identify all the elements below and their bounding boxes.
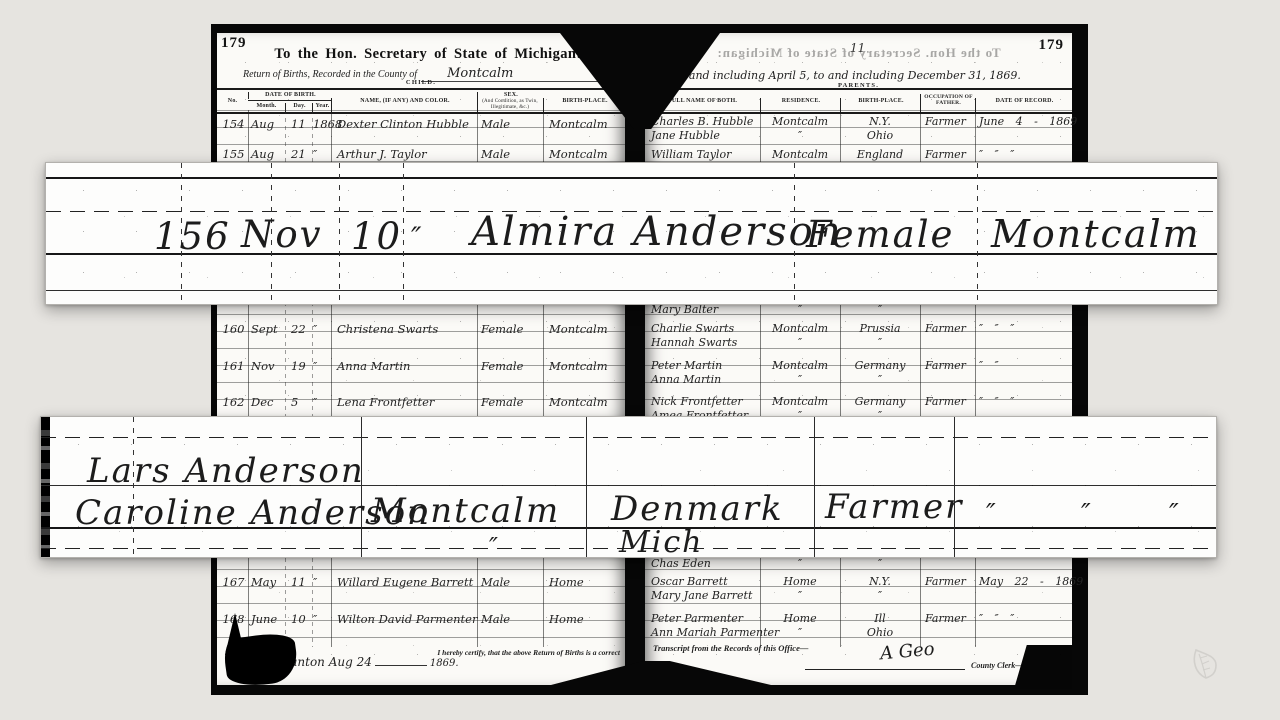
- row-mother: Mary Jane Barrett: [651, 589, 752, 602]
- row-no: 155: [219, 147, 248, 161]
- col-header-sex-note: (And Condition, as Twin, Illegitimate, &…: [477, 99, 543, 111]
- row-month: Sept: [251, 322, 278, 336]
- row-no: 154: [219, 117, 248, 131]
- birth-row-155: 155 Aug 21 ″ Arthur J. Taylor Male Montc…: [217, 147, 625, 163]
- birth-row-160: 160 Sept 22 ″ Christena Swarts Female Mo…: [217, 322, 625, 338]
- row-no: 160: [219, 322, 248, 336]
- birth-row-167: 167 May 11 ″ Willard Eugene Barrett Male…: [217, 575, 625, 591]
- row-sex: Male: [481, 117, 510, 131]
- row-no: 162: [219, 395, 248, 409]
- row-birthplace: Montcalm: [549, 322, 608, 336]
- row-sex: Male: [481, 575, 510, 589]
- row-mother: Anna Martin: [651, 373, 721, 386]
- zoom-row-residence: Montcalm: [371, 491, 560, 531]
- row-residence-ditto: ″: [763, 373, 837, 386]
- zoom-row-birthplace: Montcalm: [991, 212, 1201, 256]
- row-residence: Montcalm: [763, 359, 837, 372]
- zoom-row-residence-ditto: ″: [489, 533, 500, 561]
- clerk-signature: A Geo: [879, 639, 935, 665]
- row-month: June: [251, 612, 277, 626]
- row-father: Peter Parmenter: [651, 612, 743, 625]
- row-name: Lena Frontfetter: [337, 395, 434, 409]
- row-day: 5: [291, 395, 298, 409]
- row-name: Wilton David Parmenter: [337, 612, 477, 626]
- row-day: 10: [291, 612, 306, 626]
- row-residence: Montcalm: [763, 322, 837, 335]
- row-father: Charlie Swarts: [651, 322, 734, 335]
- dated-year: 1869.: [430, 658, 459, 669]
- row-birthplace-father: N.Y.: [843, 115, 917, 128]
- column-divider: [403, 163, 404, 304]
- row-day: 21: [291, 147, 306, 161]
- bleed-through-title: To the Hon. Secretary of State of Michig…: [661, 45, 1056, 61]
- col-header-no: No.: [217, 98, 248, 105]
- birth-row-162: 162 Dec 5 ″ Lena Frontfetter Female Mont…: [217, 395, 625, 411]
- right-page: 179 11 To the Hon. Secretary of State of…: [645, 33, 1072, 685]
- row-name: Christena Swarts: [337, 322, 438, 336]
- row-year: ″: [313, 322, 317, 336]
- row-sex: Female: [481, 395, 523, 409]
- row-sex: Male: [481, 147, 510, 161]
- row-no: 161: [219, 359, 248, 373]
- row-birthplace: Montcalm: [549, 359, 608, 373]
- row-month: Aug: [251, 147, 274, 161]
- zoom-row-father: Lars Anderson: [87, 451, 365, 491]
- zoom-row-month: Nov: [241, 213, 323, 256]
- row-birthplace-mother: ″: [843, 336, 917, 349]
- row-occupation: Farmer: [925, 359, 966, 372]
- zoom-row-occupation: Farmer: [825, 487, 963, 527]
- row-birthplace-mother: Ohio: [843, 129, 917, 142]
- row-day: 22: [291, 322, 306, 336]
- zoom-row-ditto-3: ″: [1169, 499, 1181, 529]
- row-line: [46, 290, 1217, 291]
- record-image-viewer: 179 11 To the Hon. Secretary of State of…: [0, 0, 1280, 720]
- record-book-scan[interactable]: 179 11 To the Hon. Secretary of State of…: [211, 24, 1088, 695]
- row-birthplace-father: Prussia: [843, 322, 917, 335]
- clerk-label: County Clerk—: [971, 661, 1023, 670]
- row-date-of-record: May 22 - 1869: [979, 575, 1083, 588]
- zoom-strip-child-record[interactable]: 156 Nov 10 ″ Almira Anderson Female Mont…: [45, 162, 1218, 305]
- row-residence: Montcalm: [763, 148, 837, 161]
- row-birthplace-mother: Ohio: [843, 626, 917, 639]
- row-birthplace-father: Germany: [843, 395, 917, 408]
- column-divider: [977, 163, 978, 304]
- zoom-row-day: 10: [351, 215, 402, 258]
- parents-row-160: Charlie Swarts Hannah Swarts Montcalm ″ …: [645, 322, 1072, 352]
- row-month: May: [251, 575, 276, 589]
- blank-line: [375, 655, 427, 666]
- row-year: ″: [313, 575, 317, 589]
- zoom-row-ditto-1: ″: [986, 499, 998, 529]
- row-mother: Jane Hubble: [651, 129, 720, 142]
- col-header-date-of-birth: DATE OF BIRTH.: [248, 92, 332, 99]
- zoom-row-sex: Female: [806, 213, 954, 256]
- birth-row-168: 168 June 10 ″ Wilton David Parmenter Mal…: [217, 612, 625, 628]
- birth-row-154: 154 Aug 11 1868 Dexter Clinton Hubble Ma…: [217, 117, 625, 133]
- row-birthplace: Home: [549, 612, 584, 626]
- row-date-of-record: June 4 - 1869: [979, 115, 1077, 128]
- zoom-row-birthplace-2: Mich: [619, 525, 703, 560]
- row-birthplace-father: Ill: [843, 612, 917, 625]
- row-month: Aug: [251, 117, 274, 131]
- row-date-of-record: ″ ″ ″: [979, 322, 1014, 335]
- col-header-occupation-line1: OCCUPATION OF: [924, 94, 972, 100]
- section-label-child: CHILD.: [217, 79, 625, 86]
- row-year: ″: [313, 395, 317, 409]
- parents-row-167: Oscar Barrett Mary Jane Barrett Home ″ N…: [645, 575, 1072, 605]
- leaf-watermark-icon: [1186, 644, 1226, 684]
- row-residence-ditto: ″: [763, 557, 837, 570]
- row-residence: Montcalm: [763, 395, 837, 408]
- ink-blot: [222, 630, 300, 690]
- header-divider: [248, 100, 331, 101]
- row-birthplace: Montcalm: [549, 117, 608, 131]
- row-birthplace-father: N.Y.: [843, 575, 917, 588]
- row-month: Dec: [251, 395, 273, 409]
- row-day: 19: [291, 359, 306, 373]
- zoom-row-no: 156: [154, 215, 231, 258]
- row-occupation: Farmer: [925, 115, 966, 128]
- transcript-line: Transcript from the Records of this Offi…: [653, 643, 808, 653]
- row-residence-ditto: ″: [763, 589, 837, 602]
- row-name: Willard Eugene Barrett: [337, 575, 473, 589]
- row-line: [46, 177, 1217, 179]
- column-divider: [586, 417, 587, 557]
- row-year: ″: [313, 612, 317, 626]
- row-name: Arthur J. Taylor: [337, 147, 427, 161]
- row-occupation: Farmer: [925, 148, 966, 161]
- row-mother: Ann Mariah Parmenter: [651, 626, 779, 639]
- page-title: To the Hon. Secretary of State of Michig…: [239, 46, 617, 63]
- row-occupation: Farmer: [925, 322, 966, 335]
- zoom-row-birthplace: Denmark: [611, 489, 784, 529]
- row-birthplace-father: England: [843, 148, 917, 161]
- row-no: 167: [219, 575, 248, 589]
- row-name: Anna Martin: [337, 359, 410, 373]
- row-sex: Female: [481, 359, 523, 373]
- signature-line: [805, 669, 965, 670]
- left-page: 179 11 To the Hon. Secretary of State of…: [217, 33, 625, 685]
- zoom-row-name: Almira Anderson: [471, 209, 843, 255]
- row-sex: Female: [481, 322, 523, 336]
- row-father: Oscar Barrett: [651, 575, 728, 588]
- parents-row-154: Charles B. Hubble Jane Hubble Montcalm ″…: [645, 115, 1072, 145]
- row-birthplace-ditto: ″: [843, 557, 917, 570]
- row-residence: Home: [763, 612, 837, 625]
- row-day: 11: [291, 117, 306, 131]
- row-day: 11: [291, 575, 306, 589]
- row-year: ″: [313, 359, 317, 373]
- row-birthplace-mother: ″: [843, 589, 917, 602]
- row-occupation: Farmer: [925, 575, 966, 588]
- row-birthplace-father: Germany: [843, 359, 917, 372]
- row-occupation: Farmer: [925, 612, 966, 625]
- row-birthplace: Montcalm: [549, 395, 608, 409]
- row-father: William Taylor: [651, 148, 731, 161]
- row-line-dashed: [41, 437, 1216, 438]
- row-residence-ditto: ″: [763, 336, 837, 349]
- row-father: Nick Frontfetter: [651, 395, 743, 408]
- col-header-occupation-line2: FATHER.: [936, 100, 961, 106]
- parents-row-161: Peter Martin Anna Martin Montcalm ″ Germ…: [645, 359, 1072, 389]
- zoom-strip-parents-record[interactable]: Lars Anderson Caroline Anderson Montcalm…: [40, 416, 1217, 558]
- row-father: Charles B. Hubble: [651, 115, 753, 128]
- row-sex: Male: [481, 612, 510, 626]
- column-divider: [814, 417, 815, 557]
- row-mother: Hannah Swarts: [651, 336, 737, 349]
- birth-row-161: 161 Nov 19 ″ Anna Martin Female Montcalm: [217, 359, 625, 375]
- row-birthplace: Montcalm: [549, 147, 608, 161]
- row-date-of-record: ″ ″ ″: [979, 612, 1014, 625]
- row-name: Dexter Clinton Hubble: [337, 117, 469, 131]
- row-date-of-record: ″ ″ ″: [979, 148, 1014, 161]
- col-header-month: Month.: [248, 103, 285, 110]
- column-divider: [339, 163, 340, 304]
- row-birthplace-mother: ″: [843, 373, 917, 386]
- row-occupation: Farmer: [925, 395, 966, 408]
- zoom-row-year-ditto: ″: [411, 221, 423, 254]
- row-month: Nov: [251, 359, 274, 373]
- row-residence-ditto: ″: [763, 129, 837, 142]
- row-father: Peter Martin: [651, 359, 722, 372]
- zoom-row-ditto-2: ″: [1081, 499, 1093, 529]
- row-birthplace: Home: [549, 575, 584, 589]
- row-date-of-record: ″ ″ ″: [979, 395, 1014, 408]
- date-range-line: from and including April 5, to and inclu…: [659, 69, 1021, 82]
- row-year: ″: [313, 147, 317, 161]
- row-residence: Home: [763, 575, 837, 588]
- row-residence-ditto: ″: [763, 626, 837, 639]
- scan-corner-black: [1014, 645, 1072, 689]
- parents-row-168: Peter Parmenter Ann Mariah Parmenter Hom…: [645, 612, 1072, 642]
- row-residence: Montcalm: [763, 115, 837, 128]
- row-date-of-record: ″ ″: [979, 359, 999, 372]
